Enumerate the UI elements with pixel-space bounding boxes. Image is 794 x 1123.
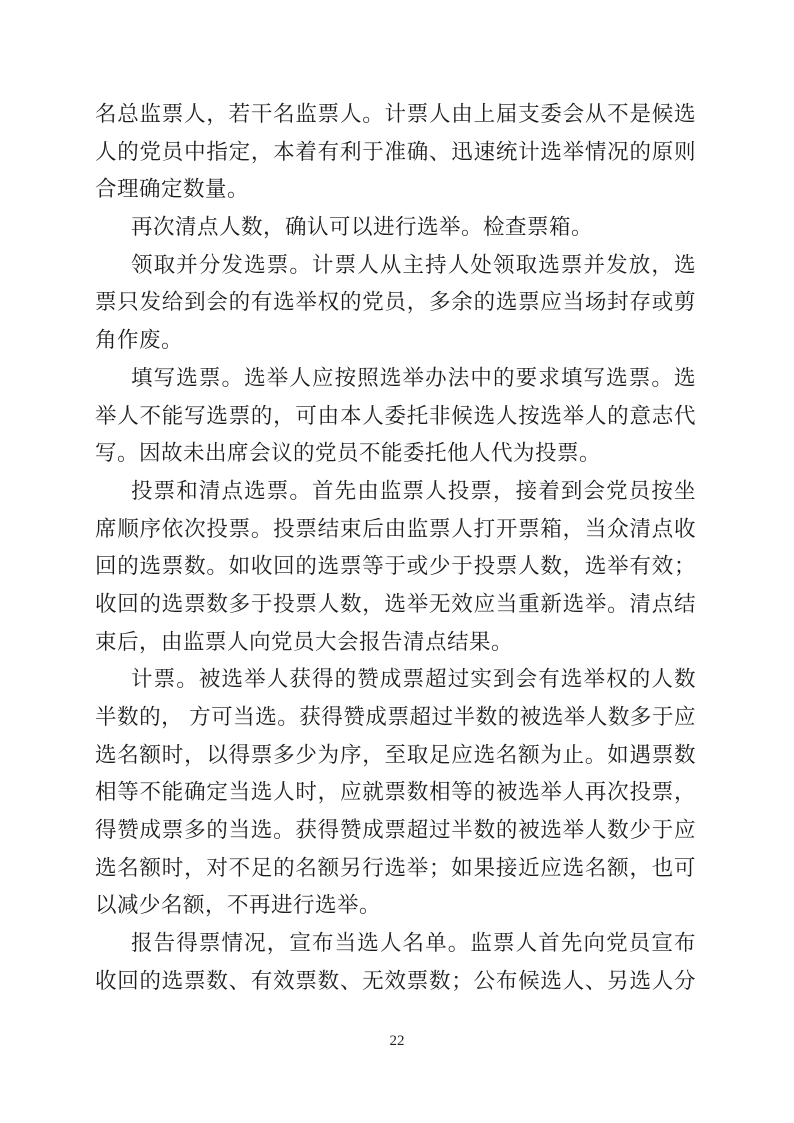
text-line: 报告得票情况，宣布当选人名单。监票人首先向党员宣布 [95,925,696,963]
text-line: 领取并分发选票。计票人从主持人处领取选票并发放，选 [95,247,696,285]
text-line: 投票和清点选票。首先由监票人投票，接着到会党员按坐 [95,473,696,511]
text-line: 席顺序依次投票。投票结束后由监票人打开票箱，当众清点收 [95,511,696,549]
document-page: 名总监票人，若干名监票人。计票人由上届支委会从不是候选 人的党员中指定，本着有利… [0,0,794,1123]
text-line: 相等不能确定当选人时，应就票数相等的被选举人再次投票， [95,774,696,812]
text-line: 以减少名额，不再进行选举。 [95,887,696,925]
page-number: 22 [0,1031,794,1051]
text-line: 收回的选票数多于投票人数，选举无效应当重新选举。清点结 [95,586,696,624]
text-line: 选名额时，对不足的名额另行选举；如果接近应选名额，也可 [95,850,696,888]
text-line: 名总监票人，若干名监票人。计票人由上届支委会从不是候选 [95,96,696,134]
text-line: 再次清点人数，确认可以进行选举。检查票箱。 [95,209,696,247]
text-line: 计票。被选举人获得的赞成票超过实到会有选举权的人数 [95,661,696,699]
text-line: 选名额时，以得票多少为序，至取足应选名额为止。如遇票数 [95,737,696,775]
text-line: 角作废。 [95,322,696,360]
text-line: 票只发给到会的有选举权的党员，多余的选票应当场封存或剪 [95,284,696,322]
text-line: 半数的， 方可当选。获得赞成票超过半数的被选举人数多于应 [95,699,696,737]
text-line: 回的选票数。如收回的选票等于或少于投票人数，选举有效； [95,548,696,586]
text-line: 束后，由监票人向党员大会报告清点结果。 [95,624,696,662]
text-line: 写。因故未出席会议的党员不能委托他人代为投票。 [95,435,696,473]
body-text: 名总监票人，若干名监票人。计票人由上届支委会从不是候选 人的党员中指定，本着有利… [95,96,696,1001]
text-line: 收回的选票数、有效票数、无效票数；公布候选人、另选人分 [95,963,696,1001]
text-line: 填写选票。选举人应按照选举办法中的要求填写选票。选 [95,360,696,398]
text-line: 人的党员中指定，本着有利于准确、迅速统计选举情况的原则 [95,134,696,172]
text-line: 得赞成票多的当选。获得赞成票超过半数的被选举人数少于应 [95,812,696,850]
text-line: 合理确定数量。 [95,171,696,209]
text-line: 举人不能写选票的，可由本人委托非候选人按选举人的意志代 [95,398,696,436]
